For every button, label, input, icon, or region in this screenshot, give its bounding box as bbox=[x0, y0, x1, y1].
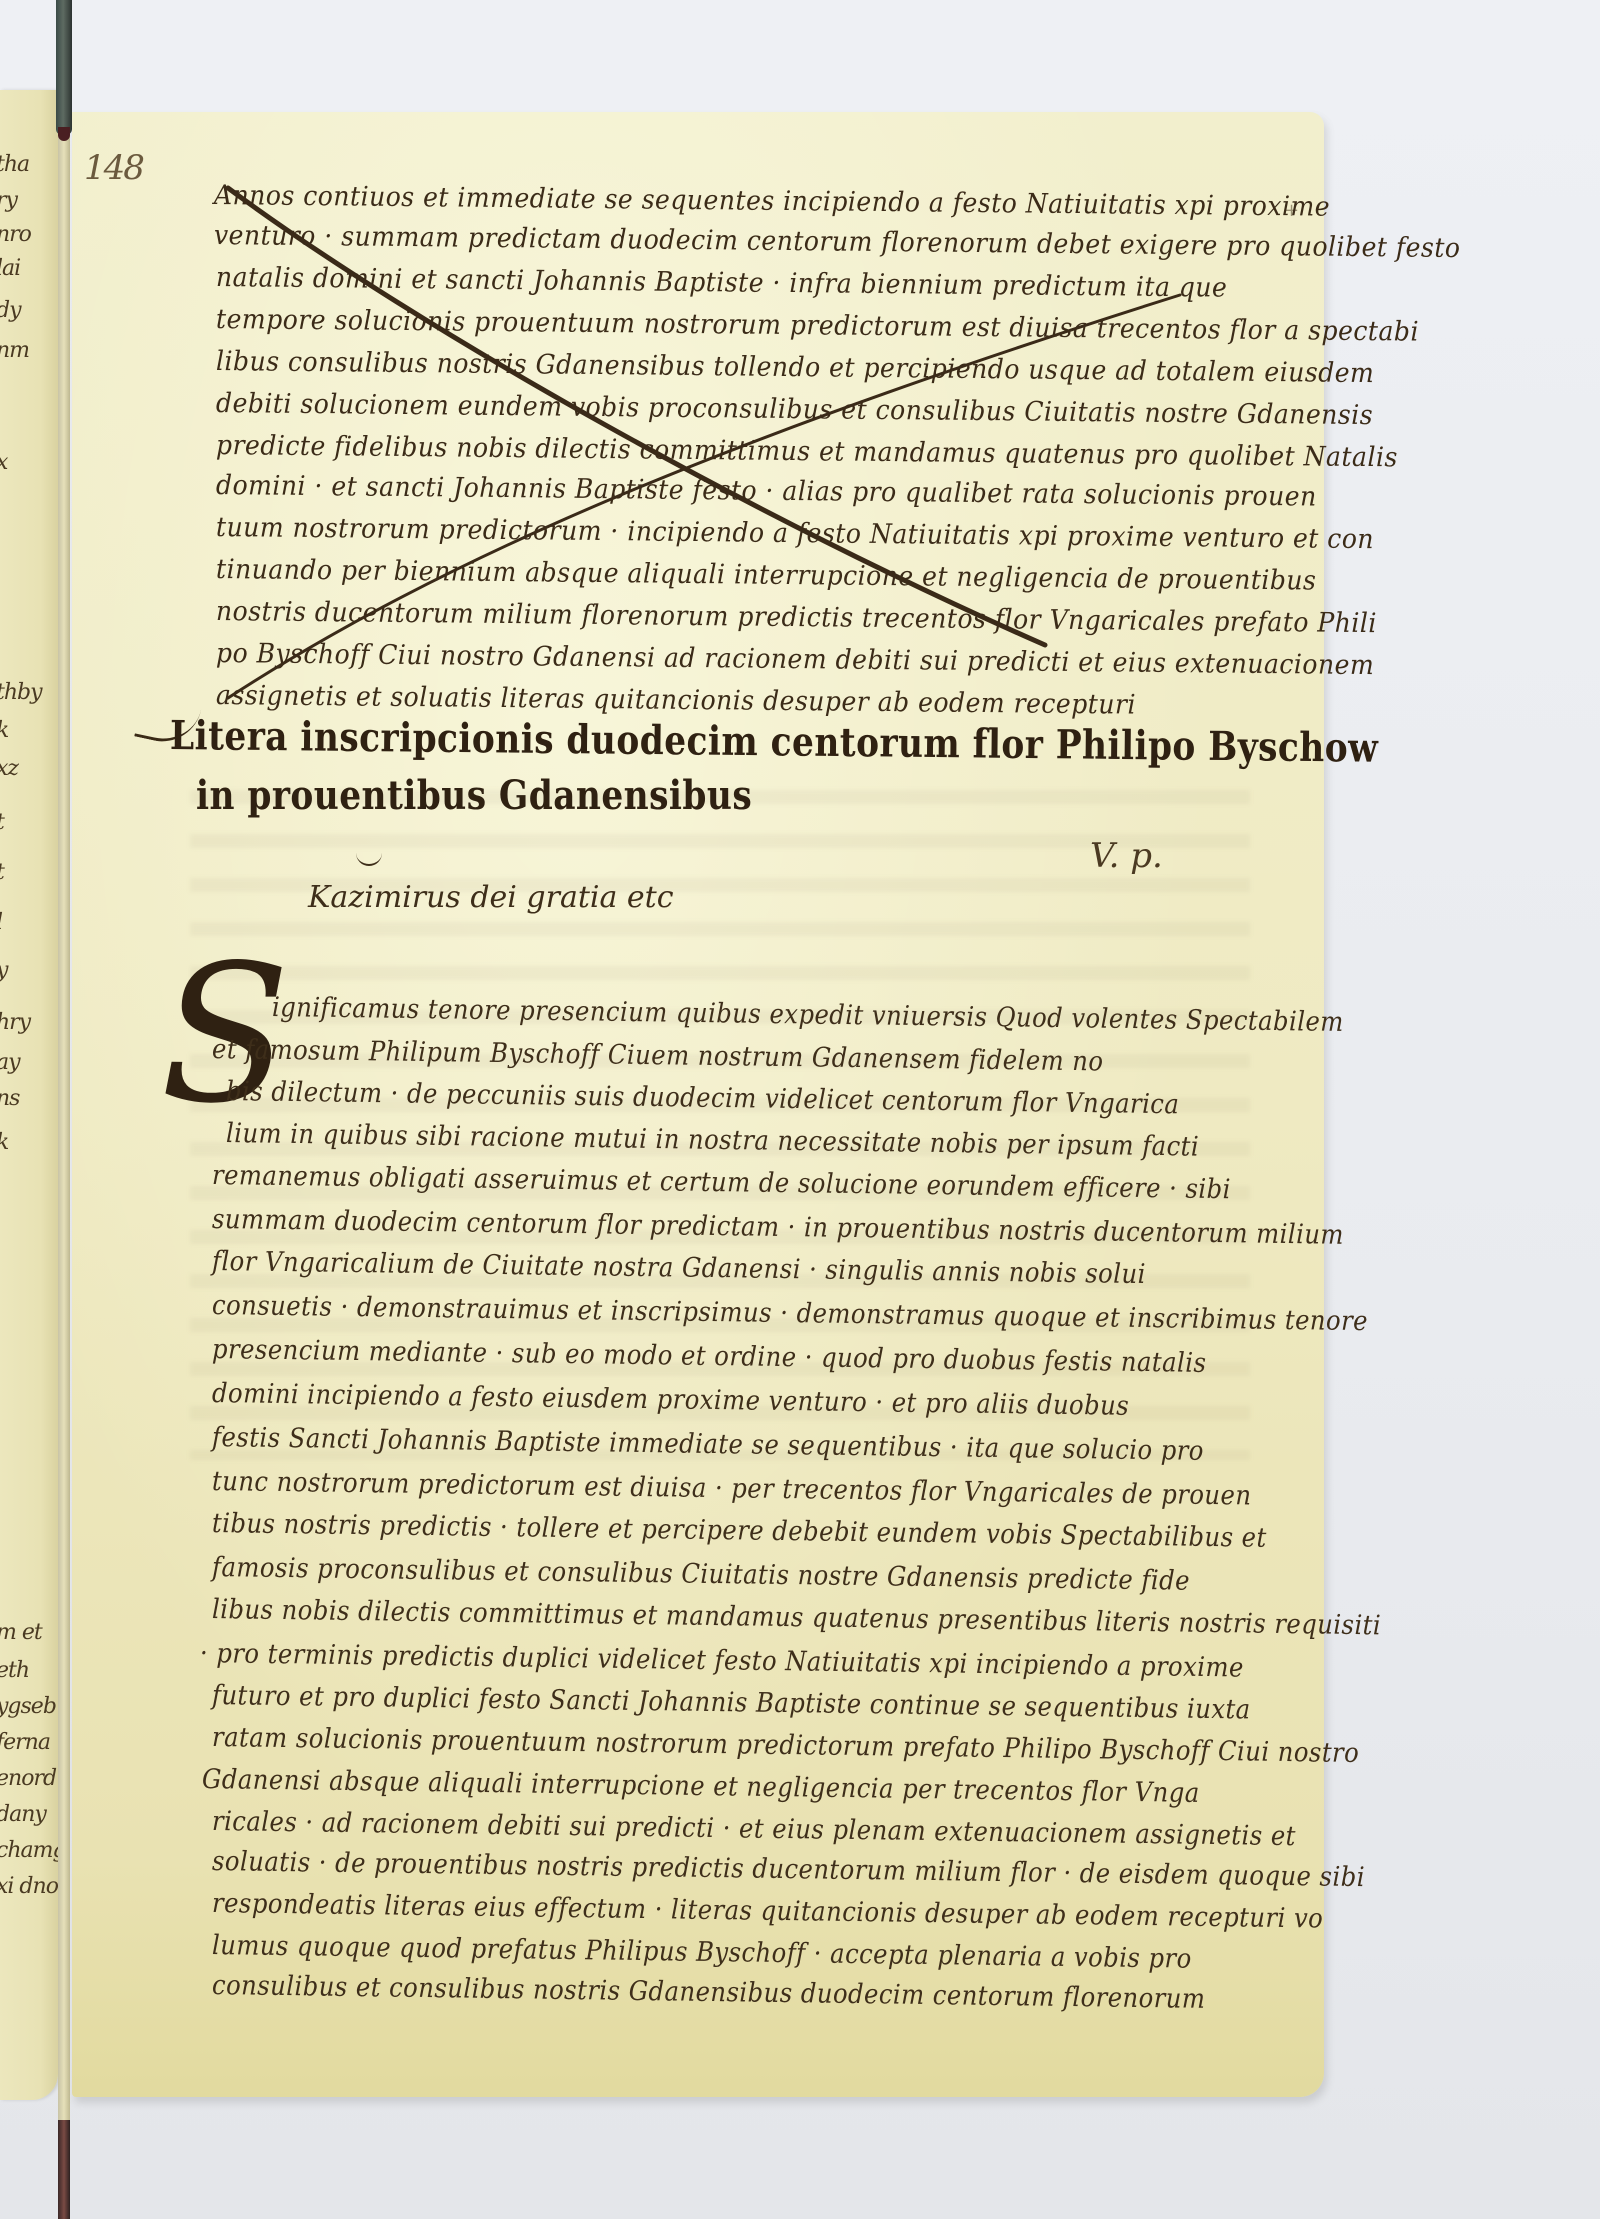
entry-heading-line2: in prouentibus Gdanensibus bbox=[196, 772, 752, 819]
marginal-note: V. p. bbox=[1090, 836, 1163, 876]
salutation: Kazimirus dei gratia etc bbox=[308, 880, 674, 915]
